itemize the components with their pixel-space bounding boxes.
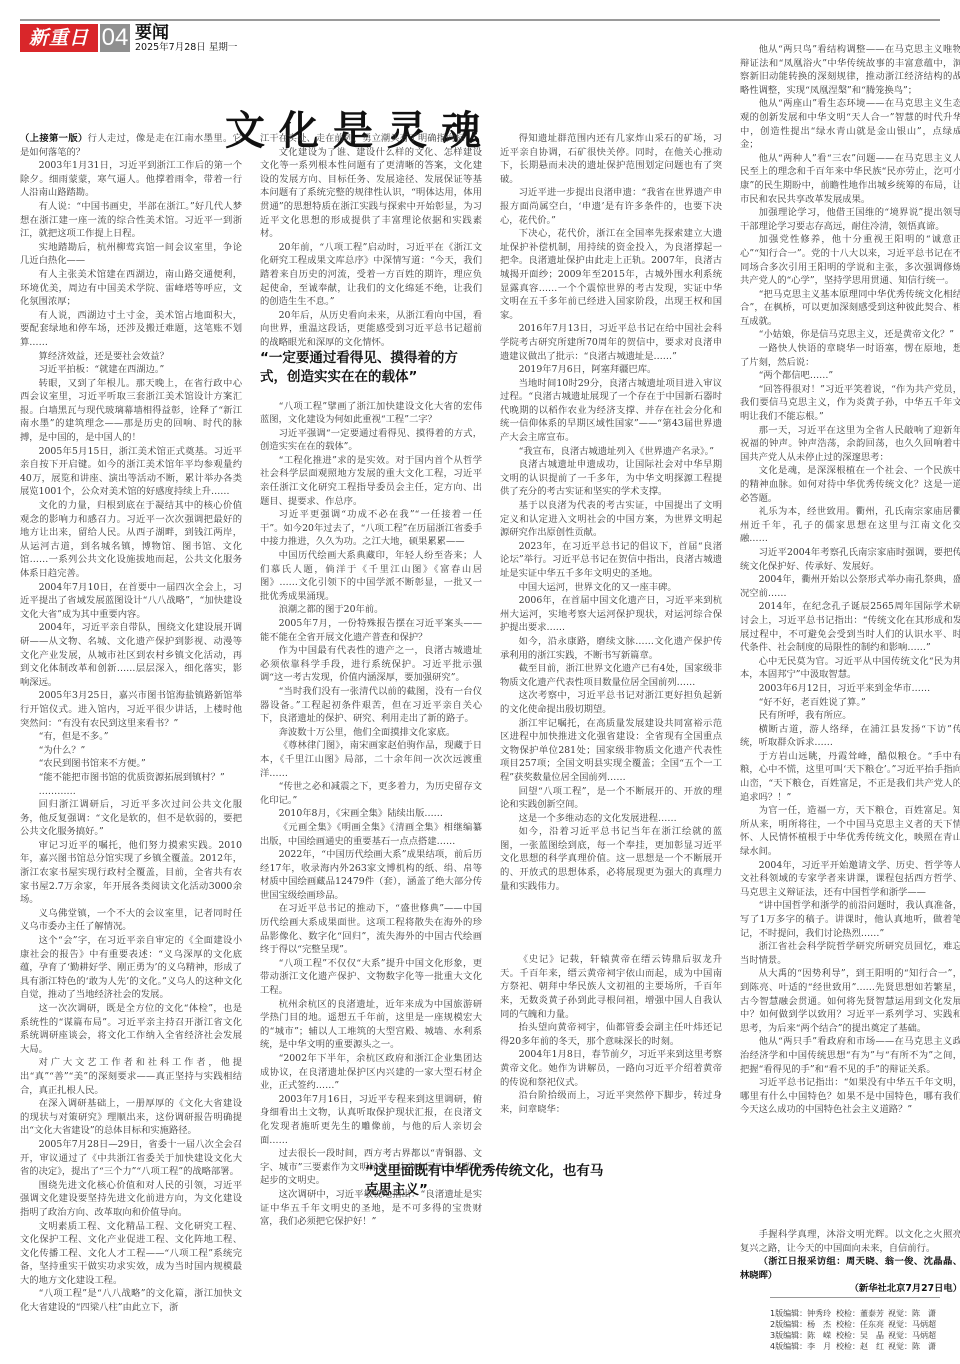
paragraph: 民有所呼，我有所应。 [740, 709, 960, 723]
article-column-3: 得知遗址群范围内还有几家炸山采石的矿场，习近平亲自协调，石矿很快关停。同时，在他… [500, 132, 722, 1352]
subheading-space [260, 350, 482, 400]
paragraph: 审记习近平的嘱托，他们努力摸索实践。2010年，嘉兴图书馆总分馆实现了乡镇全覆盖… [20, 839, 242, 907]
paragraph: 回归浙江调研后，习近平多次过问公共文化服务，他反复强调：“文化是软的，但不是软弱… [20, 798, 242, 839]
paragraph: “当时我们没有一张清代以前的截图，没有一台仪器设备。”工程起初条件艰苦，但在习近… [260, 685, 482, 726]
paragraph: “工程化推进”求的是实效。对于国内首个从哲学社会科学层面观照地方发展的重大文化工… [260, 454, 482, 508]
paragraph: 2019年7月6日，阿塞拜疆巴库。 [500, 363, 722, 377]
paragraph: “把马克思主义基本原理同中华优秀传统文化相结合”，在枫桥，可以更加深刻感受到这种… [740, 288, 960, 329]
article-column-1: （上接第一版）行人走过，像是走在江南水墨里。它是如何落笔的？ 2003年1月31… [20, 132, 242, 1352]
paragraph: 2004年，习近平开始邀请文学、历史、哲学等人文社科领域的专家学者来讲课，课程包… [740, 859, 960, 900]
paragraph: 过去很长一段时间，西方考古界都以“青铜器、文字、城市”三要素作为文明标准，认为中… [260, 1147, 482, 1188]
paragraph: 实地踏勘后，杭州柳莺宾馆一间会议室里，争论几近白热化—— [20, 241, 242, 268]
paragraph: 良渚古城遗址申遗成功，让国际社会对中华早期文明的认识提前了一千多年，为中华文明探… [500, 458, 722, 499]
paragraph: 2014年，在纪念孔子诞辰2565周年国际学术研讨会上，习近平总书记指出：“传统… [740, 600, 960, 654]
newspaper-logo: 新重日报 [20, 24, 98, 52]
paragraph: 如今，沿永康路，磨续文脉……文化遗产保护传承利用的浙江实践，不断书写新篇章。 [500, 635, 722, 662]
paragraph: 浪潮之都的图于20年前。 [260, 603, 482, 617]
section-title: 要闻 [135, 24, 237, 42]
paragraph: 有人说，西湖边寸土寸金，美术馆占地面积大，要配套绿地和停车场，还涉及搬迁难题，这… [20, 309, 242, 350]
paragraph: 2004年，衢州开始以公祭形式举办南孔祭典，盛况空前…… [740, 573, 960, 600]
paragraph: 2005年7月，一份特殊报告摆在习近平案头——能不能在全省开展文化遗产普查和保护… [260, 617, 482, 644]
paragraph: 2003年7月16日，习近平专程来到这里调研，俯身细看出土文物，认真听取保护现状… [260, 1093, 482, 1147]
paragraph: 横断古道，游人络绎，在浦江县发扬“下访”传统，听取群众诉求…… [740, 723, 960, 750]
paragraph: 截至目前，浙江世界文化遗产已有4处，国家级非物质文化遗产代表性项目数量位居全国前… [500, 662, 722, 689]
dateline: （新华社北京7月27日电） [740, 1282, 960, 1296]
paragraph: 2006年，在首届中国文化遗产日，习近平来到杭州大运河，实地考察大运河保护现状，… [500, 594, 722, 635]
paragraph: 加强理论学习，他借王国维的“境界说”提出领导干部理论学习要志存高远，耐住冷清，领… [740, 206, 960, 233]
issue-date: 2025年7月28日 星期一 [135, 42, 237, 53]
paragraph: 他从“两种人”看“三农”问题——在马克思主义人民至上的理念和千百年来中华民族“民… [740, 152, 960, 206]
paragraph: 2022年，“中国历代绘画大系”成果结项，前后历经17年，收录海内外263家文博… [260, 848, 482, 902]
paragraph: 中国大运河，世界文化的又一座丰碑。 [500, 581, 722, 595]
paragraph: 2003年6月12日，习近平来到金华市…… [740, 682, 960, 696]
paragraph: 文化建设为了谁、建设什么样的文化、怎样建设文化等一系列根本性问题有了更清晰的答案… [260, 146, 482, 241]
paragraph: 2016年7月13日，习近平总书记在给中国社会科学院考古研究所建所70周年的贺信… [500, 322, 722, 363]
paragraph: 基于以良渚为代表的考古实证，中国提出了文明定义和认定进入文明社会的中国方案，为世… [500, 499, 722, 540]
paragraph: 习近平进一步提出良渚申遗：“我省在世界遗产申报方面尚属空白，‘申遗’是有许多条件… [500, 186, 722, 227]
paragraph: 有人说：“中国书画史，半部在浙江。”好几代人梦想在浙江建一座一流的综合性美术馆。… [20, 200, 242, 241]
paragraph: 习近平2004年考察孔氏南宗家庙时强调，要把传统文化保护好、传承好、发展好。 [740, 546, 960, 573]
paragraph: “传世之必和减震之下，更多着力，为历史留存文化印记。” [260, 780, 482, 807]
paragraph: ………… [20, 785, 242, 799]
subheading-space [500, 893, 722, 953]
paragraph: 他从“两只手”看政府和市场——在马克思主义政治经济学和中国传统思想“有为”与“有… [740, 1035, 960, 1076]
paragraph: “小姑娘，你是信马克思主义，还是黄帝文化？” [740, 328, 960, 342]
paragraph: 2010年8月，《宋画全集》陆续出版…… [260, 807, 482, 821]
paragraph: 文化的力量，归根到底在于凝结其中的核心价值观念的影响力和感召力。习近平一次次强调… [20, 499, 242, 581]
paragraph: 从大禹的“因势利导”，到王阳明的“知行合一”，到陈亮、叶适的“经世致用”……先贤… [740, 967, 960, 1035]
paragraph: 这次考察中，习近平总书记对浙江更好担负起新的文化使命提出殷切期望。 [500, 689, 722, 716]
paragraph: “两个都信吧……” [740, 369, 960, 383]
paragraph: 2004年1月8日，春节前夕，习近平来到这里考察黄帝文化。她作为讲解员，一路向习… [500, 1048, 722, 1089]
paragraph: “农民到图书馆来不方便。” [20, 757, 242, 771]
paragraph: 浙江牢记嘱托，在高质量发展建设共同富裕示范区进程中加快推进文化强省建设：全省现有… [500, 717, 722, 785]
reporter-byline: （浙江日报采访组：周天晓、翁一俊、沈晶晶、林晓晖） [740, 1255, 960, 1282]
paragraph: 《史记》记载，轩辕黄帝在缙云铸鼎后驭龙升天。千百年来，缙云黄帝祠宇依山而起，成为… [500, 953, 722, 1021]
paragraph: 作为中国最有代表性的遗产之一，良渚古城遗址必须依靠科学手段，进行系统保护。习近平… [260, 644, 482, 685]
paragraph: “八项工程”不仅仅“大系”提升中国文化形象，更带动浙江文化遗产保护、文物数字化等… [260, 957, 482, 998]
paragraph: 文化是魂，是深深根植在一个社会、一个民族中的精神血脉。如何对待中华优秀传统文化？… [740, 464, 960, 505]
paragraph: 江干在实处、走在前列、勇立潮头有了明确指向标； [260, 132, 482, 146]
paragraph: 加强党性修养，他十分重视王阳明的“诚意正心”“知行合一”。党的十八大以来，习近平… [740, 233, 960, 287]
credit-row: 2版编辑：杨 杰 校检：任东亮 视觉：马炳超 [770, 1319, 950, 1330]
paragraph: “2002年下半年，余杭区政府和浙江企业集团达成协议，在良渚遗址保护区内兴建的一… [260, 1052, 482, 1093]
paragraph: 转眼，又到了年根儿。那天晚上，在省行政中心西会议室里，习近平听取三套浙江美术馆设… [20, 377, 242, 445]
paragraph: 2005年7月28日—29日，省委十一届八次全会召开，审议通过了《中共浙江省委关… [20, 1138, 242, 1179]
credit-row: 1版编辑：钟秀玲 校检：董泰芳 视觉：陈 潇 [770, 1308, 950, 1319]
paragraph: 于方岩山远眺，丹霞耸峰，酷似粮仓。“手中有粮，心中不慌，这里可叫‘天下粮仓’。”… [740, 750, 960, 804]
editor-credits: 1版编辑：钟秀玲 校检：董泰芳 视觉：陈 潇 2版编辑：杨 杰 校检：任东亮 视… [770, 1308, 950, 1352]
paragraph: 心中无民莫为官。习近平从中国传统文化“民为邦本，本固邦宁”中汲取智慧。 [740, 655, 960, 682]
continued-label: （上接第一版） [20, 133, 88, 144]
masthead: 新重日报 04 要闻 2025年7月28日 星期一 [20, 24, 237, 52]
article-column-4: 他从“两只鸟”看结构调整——在马克思主义唯物辩证法和“凤凰浴火”中华传统故事的丰… [740, 43, 960, 1283]
paragraph: “八项工程”擘画了浙江加快建设文化大省的宏伟蓝图，文化建设为何如此重视“工程”二… [260, 400, 482, 427]
paragraph: 杭州余杭区的良渚遗址，近年来成为中国旅游研学热门目的地。遥想五千年前，这里是一座… [260, 998, 482, 1052]
credits-divider [770, 1297, 940, 1298]
paragraph: 为官一任，造福一方，天下粮仓，百姓富足。知所从来，明所将往，一个中国马克思主义者… [740, 804, 960, 858]
paragraph: 在深入调研基础上，一册厚厚的《文化大省建设的现状与对策研究》理顺出来，这份调研报… [20, 1097, 242, 1138]
paragraph: 《尊林律门图》，南宋画家赵伯驹作品，现藏于日本，《千里江山图》局部，二十余年间一… [260, 739, 482, 780]
paragraph: 奔波数十万公里，他们全面摸排文化家底。 [260, 726, 482, 740]
paragraph: 算经济效益，还是要社会效益？ [20, 350, 242, 364]
paragraph: 那一天，习近平在这里为全省人民敲响了迎新年祝福的钟声。钟声浩荡，余韵回荡，也久久… [740, 424, 960, 465]
paragraph: 这个“会”字，在习近平亲自审定的《全面建设小康社会的报告》中有重要表述：“义乌深… [20, 934, 242, 1002]
paragraph: 他从“两只鸟”看结构调整——在马克思主义唯物辩证法和“凤凰浴火”中华传统故事的丰… [740, 43, 960, 97]
paragraph: 2005年3月25日，嘉兴市图书馆海盐镇路新馆举行开馆仪式。进入馆内，习近平很少… [20, 689, 242, 730]
paragraph: 这是一个多维动态的文化发展进程…… [500, 812, 722, 826]
paragraph: （上接第一版）行人走过，像是走在江南水墨里。它是如何落笔的？ [20, 132, 242, 159]
paragraph: 义乌佛堂镇，一个不大的会议室里，记者同时任义乌市委办主任了解情况。 [20, 907, 242, 934]
paragraph: “讲中国哲学和浙学的前沿问题时，我认真准备，写了1万多字的稿子。讲课时，他认真地… [740, 899, 960, 940]
paragraph: 2004年，习近平亲自带队，围绕文化建设展开调研——从文物、名城、文化遗产保护到… [20, 621, 242, 689]
paragraph: “好不好，老百姓说了算。” [740, 696, 960, 710]
paragraph: 20年后，从历史看向未来，从浙江看向中国，看向世界，重温这段话，更能感受到习近平… [260, 309, 482, 350]
paragraph: 这一次次调研，既是全方位的文化“体检”，也是系统性的“谋篇布局”。习近平亲主持召… [20, 1002, 242, 1056]
paragraph: 中国历代绘画大系典藏印，年轻人纷至沓来；人们慕氏人题，倘洋于《千里江山图》《富春… [260, 549, 482, 603]
paragraph: “能不能把市图书馆的优质资源拓展到镇村？” [20, 771, 242, 785]
paragraph: 习近平总书记指出：“如果没有中华五千年文明，哪里有什么中国特色？如果不是中国特色… [740, 1076, 960, 1117]
paragraph: 在习近平总书记的推动下，“盛世修典”——中国历代绘画大系成果面世。这项工程将散失… [260, 902, 482, 956]
paragraph: 有人主张美术馆建在西湖边，南山路交通便利，环境优美，周边有中国美术学院、雷峰塔等… [20, 268, 242, 309]
credit-row: 4版编辑：李 月 校检：赵 红 视觉：陈 潇 [770, 1341, 950, 1352]
paragraph: 得知遗址群范围内还有几家炸山采石的矿场，习近平亲自协调，石矿很快关停。同时，在他… [500, 132, 722, 186]
paragraph: 礼乐为本，经世致用。衢州，孔氏南宗家庙居衢州近千年，孔子的儒家思想在这里与江南文… [740, 505, 960, 546]
paragraph: 围绕先进文化核心价值和对人民的引领，习近平强调文化建设要坚持先进文化前进方向，为… [20, 1179, 242, 1220]
paragraph: 当地时间10时29分，良渚古城遗址项目进入审议过程。“良渚古城遗址展现了一个存在… [500, 377, 722, 445]
article-column-2: 江干在实处、走在前列、勇立潮头有了明确指向标； 文化建设为了谁、建设什么样的文化… [260, 132, 482, 1352]
paragraph: 习近平拍板：“就建在西湖边。” [20, 363, 242, 377]
paragraph: 2004年7月10日，在首要中一届四次全会上，习近平提出了省域发展蓝图设计“八八… [20, 581, 242, 622]
paragraph: 2003年1月31日，习近平到浙江工作后的第一个除夕。细雨蒙蒙，寒气逼人。他撑着… [20, 159, 242, 200]
paragraph: 2023年，在习近平总书记的倡议下，首届“良渚论坛”举行。习近平总书记在贺信中指… [500, 540, 722, 581]
paragraph: 手握科学真理，沐浴文明光辉。以文化之火照亮复兴之路，让今天的中国面向未来，自信前… [740, 1228, 960, 1255]
paragraph: 20年前，“八项工程”启动时，习近平在《浙江文化研究工程成果文库总序》中深情写道… [260, 241, 482, 309]
paragraph: 浙江省社会科学院哲学研究所研究员回忆，难忘当时情景。 [740, 940, 960, 967]
paragraph: 习近平更强调“功成不必在我”“一任接着一任干”。如今20年过去了，“八项工程”在… [260, 508, 482, 549]
section-block: 要闻 2025年7月28日 星期一 [135, 24, 237, 53]
paragraph: 回望“八项工程”，是一个不断展开的、开放的理论和实践创新空间。 [500, 785, 722, 812]
top-rule [20, 19, 940, 21]
paragraph: 沿台阶拾级而上，习近平突然停下脚步，转过身来，问章晓华： [500, 1089, 722, 1116]
paragraph: 一路快人快语的章晓华一时语塞，愣在原地，想了片刻，然后说： [740, 342, 960, 369]
paragraph: 《元画全集》《明画全集》《清画全集》相继编纂出版，中国绘画通史的重要基石一点点搭… [260, 821, 482, 848]
paragraph: 这次调研中，习近平敏锐地指出：“良渚遗址是实证中华五千年文明史的圣地，是不可多得… [260, 1188, 482, 1229]
paragraph: “我宣布，良渚古城遗址列入《世界遗产名录》。” [500, 445, 722, 459]
paragraph: “八项工程”是“八八战略”的文化篇，浙江加快文化大省建设的“四梁八柱”由此立下，… [20, 1287, 242, 1314]
paragraph: “有，但是不多。” [20, 730, 242, 744]
paragraph: 抬头望向黄帝祠宇，仙都管委会副主任叶炜还记得20多年前的冬天，那个意味深长的时刻… [500, 1021, 722, 1048]
paragraph: “回答得很对！”习近平笑着说，“作为共产党员，我们要信马克思主义，作为炎黄子孙，… [740, 383, 960, 424]
paragraph: 2005年5月15日，浙江美术馆正式奠基。习近平亲自按下开启键。如今的浙江美术馆… [20, 445, 242, 499]
paragraph: “为什么？” [20, 744, 242, 758]
article-end: 手握科学真理，沐浴文明光辉。以文化之火照亮复兴之路，让今天的中国面向未来，自信前… [740, 1228, 960, 1288]
paragraph: 对广大文艺工作者和社科工作者，他提出“真”“善”“美”的深刻要求——真正坚持与实… [20, 1056, 242, 1097]
page-number: 04 [100, 24, 130, 52]
paragraph: 习近平强调“一定要通过看得见、摸得着的方式，创造实实在在的载体”。 [260, 427, 482, 454]
paragraph: 如今，沿着习近平总书记当年在浙江绘就的蓝图，一张蓝图绘到底，每一个奉挂，更加彰显… [500, 825, 722, 893]
credit-row: 3版编辑：陈 嵘 校检：吴 晶 视觉：马炳超 [770, 1330, 950, 1341]
paragraph: 文明素质工程、文化精品工程、文化研究工程、文化保护工程、文化产业促进工程、文化阵… [20, 1220, 242, 1288]
paragraph: 下决心，花代价，浙江在全国率先探索建立大遗址保护补偿机制，用持续的资金投入，为良… [500, 227, 722, 322]
paragraph: 他从“两座山”看生态环境——在马克思主义生态观的创新发展和中华文明“天人合一”智… [740, 97, 960, 151]
